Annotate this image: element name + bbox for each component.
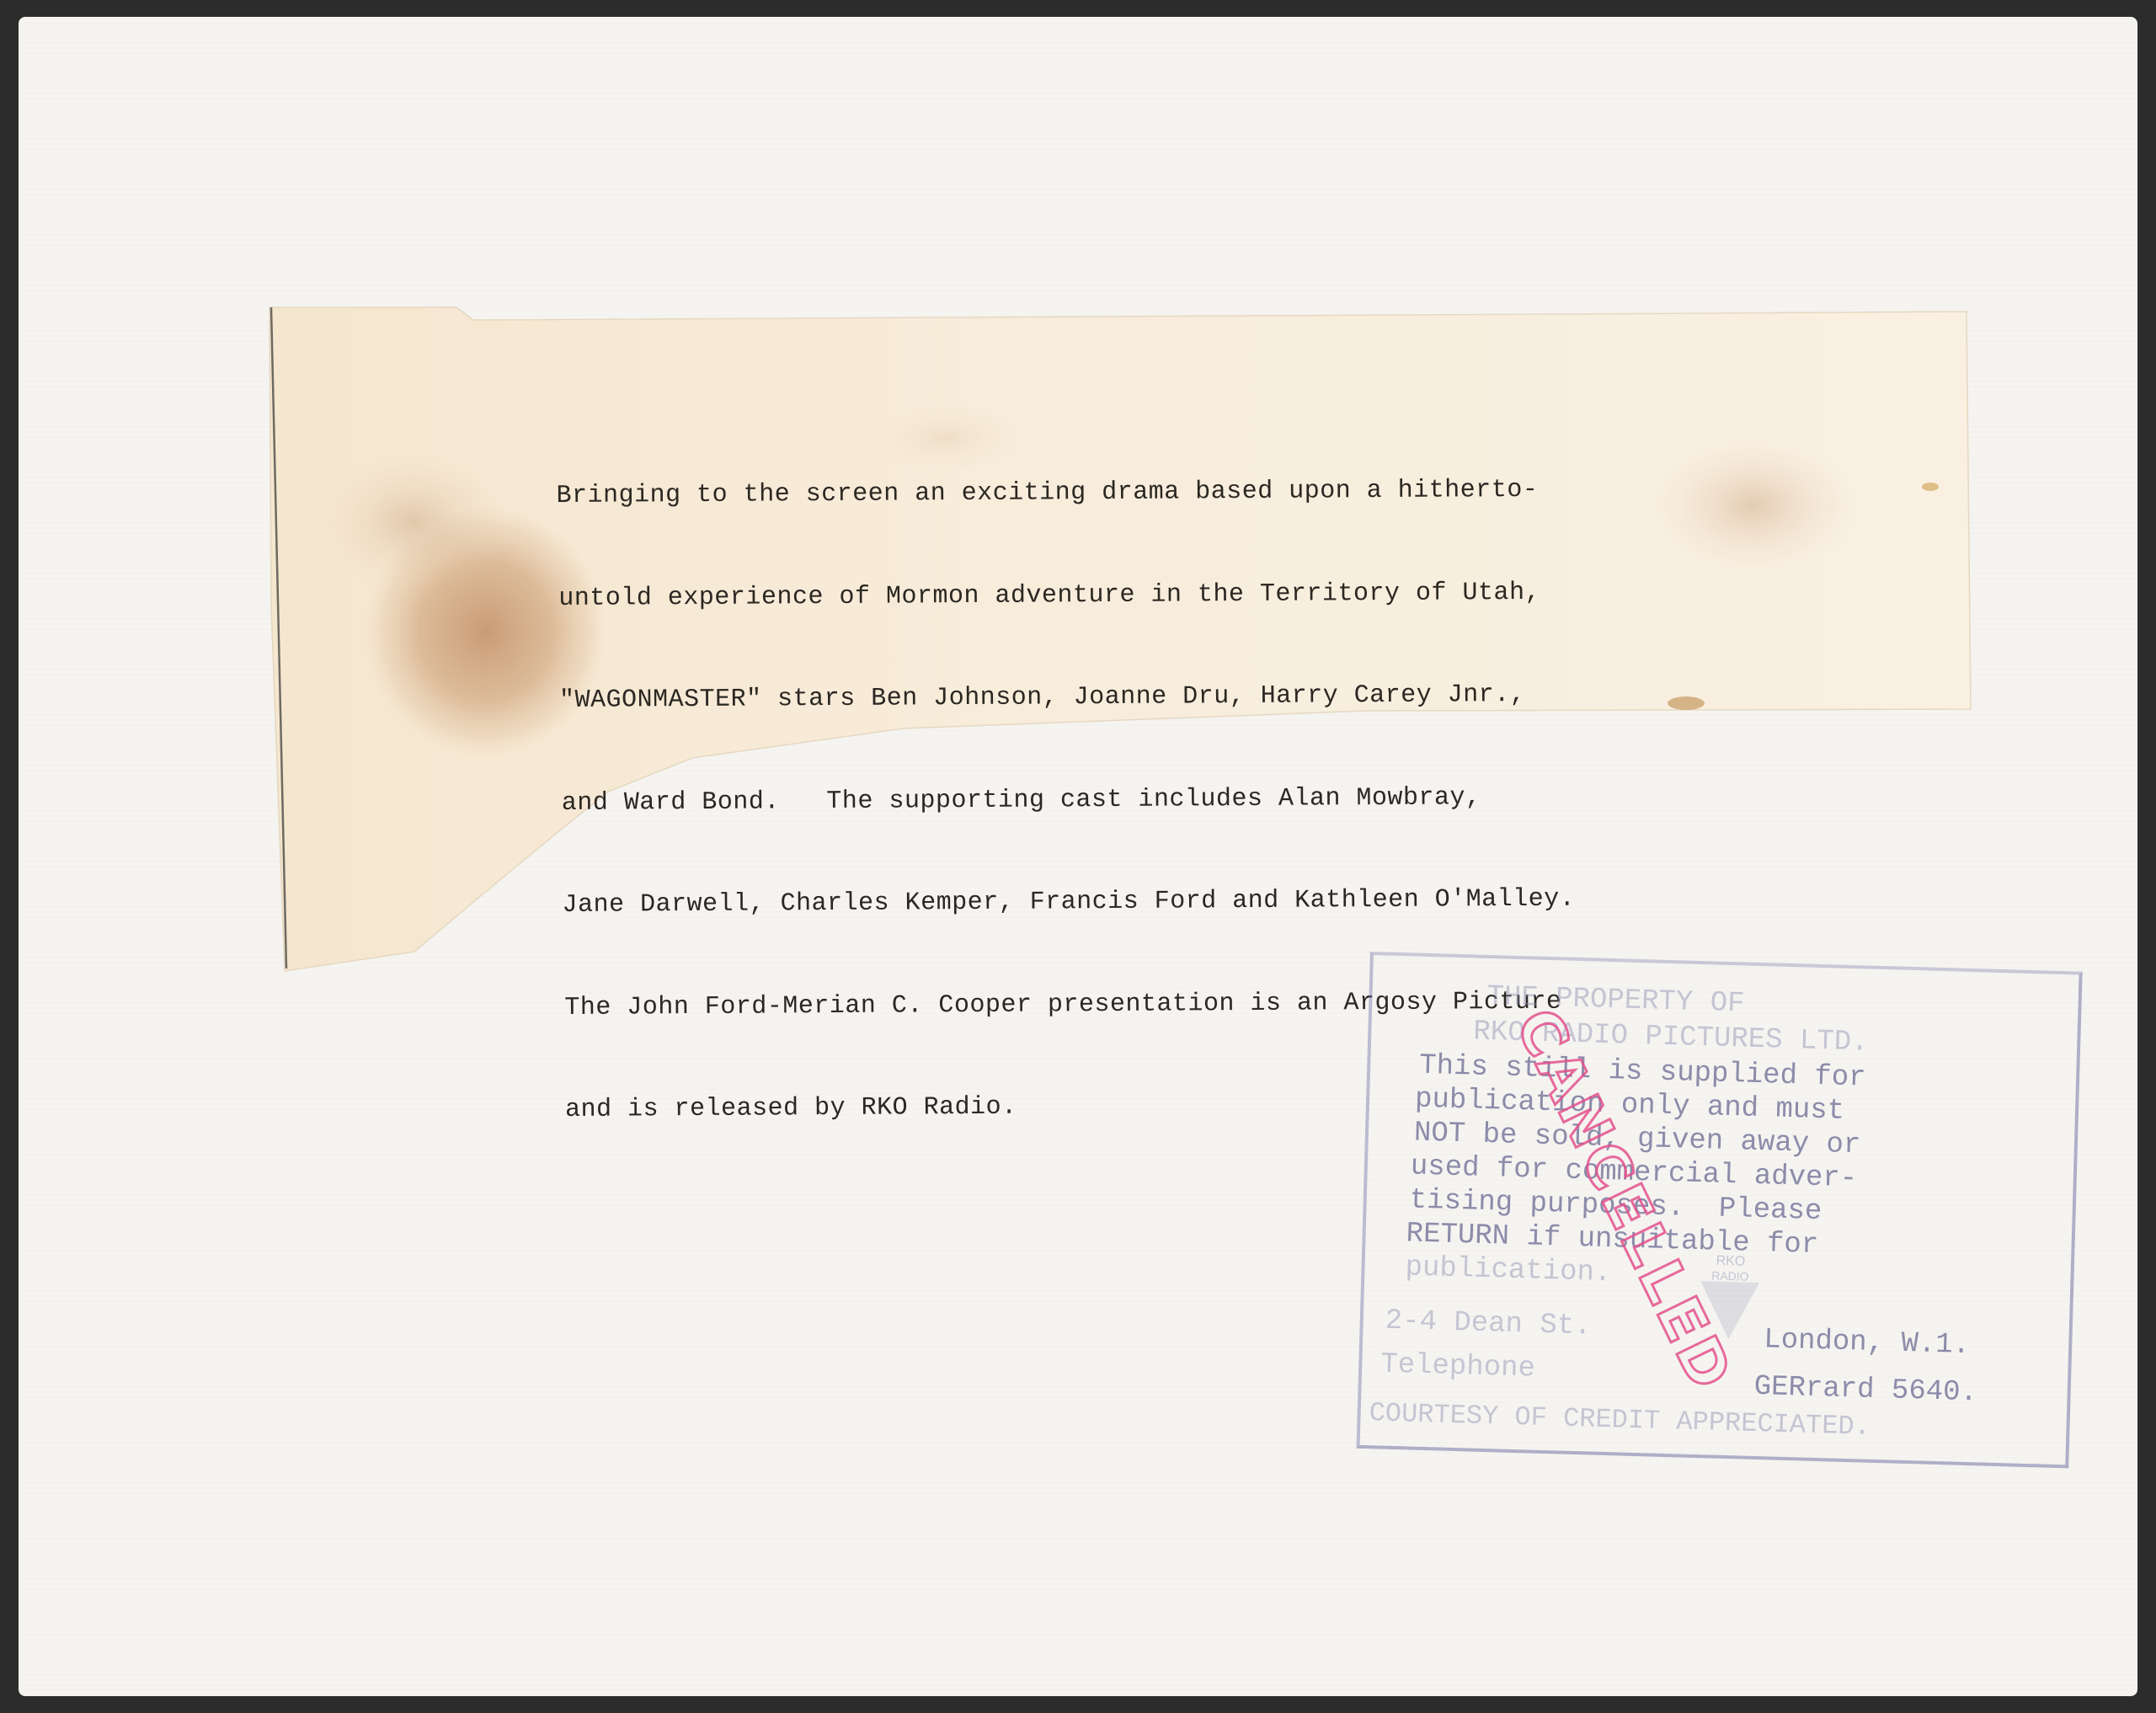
stamp-address-street: 2-4 Dean St. [1385,1305,1592,1344]
caption-line: Bringing to the screen an exciting drama… [556,472,1752,513]
photo-back: Bringing to the screen an exciting drama… [19,17,2137,1696]
stamp-telephone-number: GERrard 5640. [1753,1370,1977,1410]
caption-line: and Ward Bond. The supporting cast inclu… [562,779,1754,820]
stamp-telephone-label: Telephone [1380,1348,1536,1386]
caption-line: "WAGONMASTER" stars Ben Johnson, Joanne … [559,676,1753,718]
property-stamp: THE PROPERTY OF RKO RADIO PICTURES LTD. … [1356,952,2094,1477]
stamp-line: publication. [1405,1251,1612,1290]
svg-text:RKO: RKO [1716,1254,1745,1269]
stamp-line: THE PROPERTY OF [1486,980,1745,1022]
caption-line: Jane Darwell, Charles Kemper, Francis Fo… [562,881,1754,922]
svg-text:RADIO: RADIO [1711,1268,1749,1283]
stamp-address-city: London, W.1. [1764,1323,1971,1363]
caption-line: untold experience of Mormon adventure in… [558,574,1753,616]
